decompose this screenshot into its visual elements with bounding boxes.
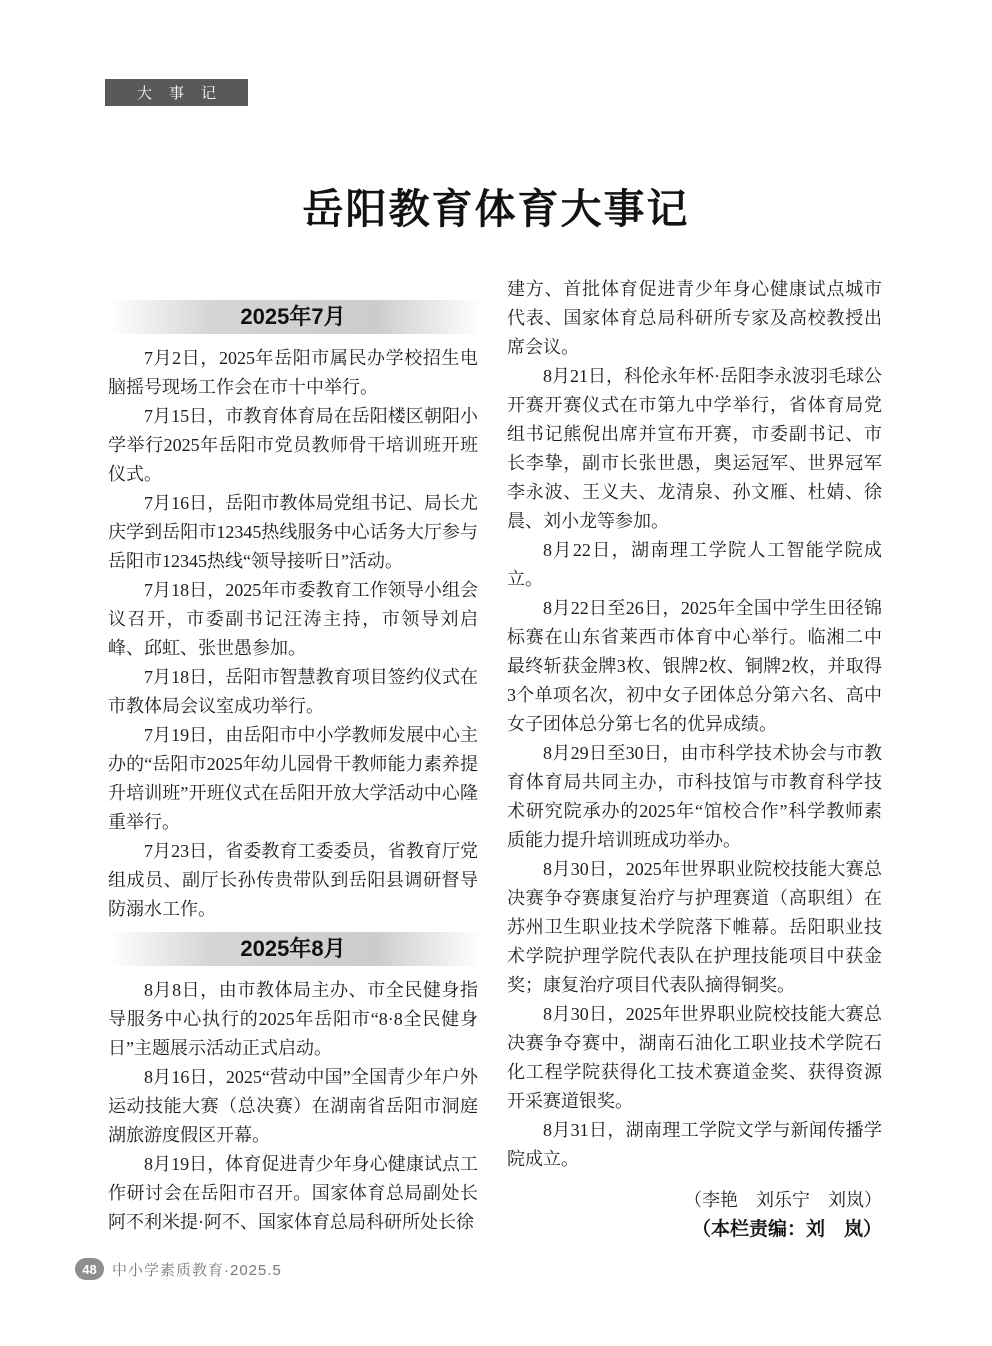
paragraph: 7月2日，2025年岳阳市属民办学校招生电脑摇号现场工作会在市十中举行。: [108, 344, 478, 402]
paragraph: 建方、首批体育促进青少年身心健康试点城市代表、国家体育总局科研所专家及高校教授出…: [507, 275, 882, 362]
paragraph: 8月22日至26日，2025年全国中学生田径锦标赛在山东省莱西市体育中心举行。临…: [507, 594, 882, 739]
section-header: 2025年7月: [108, 300, 478, 334]
page-footer: 48 中小学素质教育·2025.5: [75, 1258, 282, 1280]
page-title: 岳阳教育体育大事记: [0, 176, 992, 235]
paragraph: 7月19日，由岳阳市中小学教师发展中心主办的“岳阳市2025年幼儿园骨干教师能力…: [108, 721, 478, 837]
paragraph: 8月30日，2025年世界职业院校技能大赛总决赛争夺赛中，湖南石油化工职业技术学…: [507, 1000, 882, 1116]
paragraph: 8月30日，2025年世界职业院校技能大赛总决赛争夺赛康复治疗与护理赛道（高职组…: [507, 855, 882, 1000]
paragraph: 8月8日，由市教体局主办、市全民健身指导服务中心执行的2025年岳阳市“8·8全…: [108, 976, 478, 1063]
paragraph: 7月18日，岳阳市智慧教育项目签约仪式在市教体局会议室成功举行。: [108, 663, 478, 721]
section-header: 2025年8月: [108, 932, 478, 966]
paragraph: 8月21日，科伦永年杯·岳阳李永波羽毛球公开赛开赛仪式在市第九中学举行，省体育局…: [507, 362, 882, 536]
corner-tag: 大事记: [105, 79, 248, 106]
editor-line: （本栏责编：刘 岚）: [507, 1215, 882, 1244]
byline: （李艳 刘乐宁 刘岚）: [507, 1186, 882, 1215]
paragraph: 7月18日，2025年市委教育工作领导小组会议召开，市委副书记汪涛主持，市领导刘…: [108, 576, 478, 663]
page-number-badge: 48: [75, 1258, 104, 1280]
paragraph: 8月22日，湖南理工学院人工智能学院成立。: [507, 536, 882, 594]
paragraph: 8月29日至30日，由市科学技术协会与市教育体育局共同主办，市科技馆与市教育科学…: [507, 739, 882, 855]
left-column: 2025年7月7月2日，2025年岳阳市属民办学校招生电脑摇号现场工作会在市十中…: [108, 300, 478, 1237]
right-column: 建方、首批体育促进青少年身心健康试点城市代表、国家体育总局科研所专家及高校教授出…: [507, 275, 882, 1244]
paragraph: 7月23日，省委教育工委委员，省教育厅党组成员、副厅长孙传贵带队到岳阳县调研督导…: [108, 837, 478, 924]
journal-title: 中小学素质教育·2025.5: [112, 1259, 282, 1280]
paragraph: 7月15日，市教育体育局在岳阳楼区朝阳小学举行2025年岳阳市党员教师骨干培训班…: [108, 402, 478, 489]
paragraph: 7月16日，岳阳市教体局党组书记、局长尤庆学到岳阳市12345热线服务中心话务大…: [108, 489, 478, 576]
paragraph: 8月16日，2025“营动中国”全国青少年户外运动技能大赛（总决赛）在湖南省岳阳…: [108, 1063, 478, 1150]
paragraph: 8月31日，湖南理工学院文学与新闻传播学院成立。: [507, 1116, 882, 1174]
paragraph: 8月19日，体育促进青少年身心健康试点工作研讨会在岳阳市召开。国家体育总局副处长…: [108, 1150, 478, 1237]
